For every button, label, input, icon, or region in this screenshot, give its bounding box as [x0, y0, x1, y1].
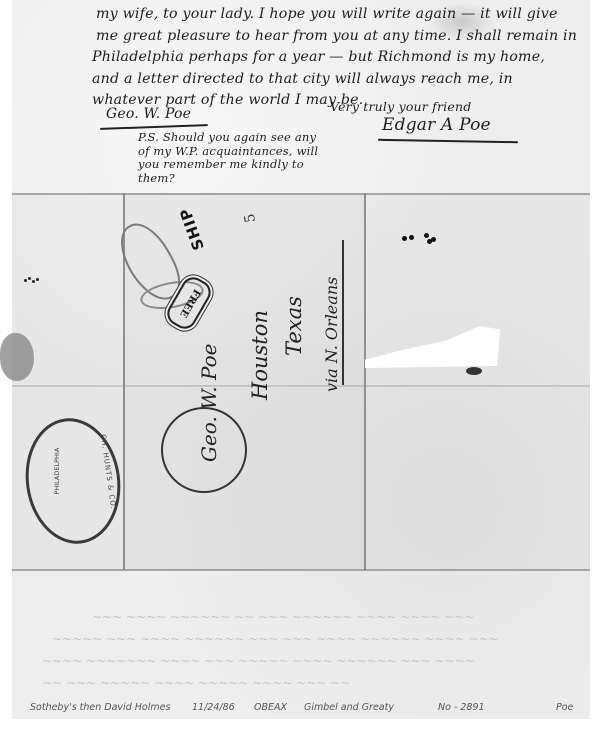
postscript-line: you remember me kindly to	[138, 158, 318, 172]
address-routing: via N. Orleans	[322, 277, 341, 392]
fold-line-bottom	[12, 569, 590, 571]
postscript: P.S. Should you again see any of my W.P.…	[138, 131, 318, 185]
bleed-through-text: ~~~~~ ~~~ ~~~~ ~~~~~~ ~~~ ~~~ ~~~~ ~~~~~…	[52, 632, 499, 646]
reference-note: Gimbel and Greaty	[304, 702, 394, 713]
address-underline	[342, 240, 344, 385]
addressee-note: Geo. W. Poe	[106, 106, 191, 122]
fold-line-right	[364, 193, 366, 570]
free-stamp-text: FREE	[177, 287, 202, 319]
letter-line: and a letter directed to that city will …	[92, 69, 586, 91]
letter-body: my wife, to your lady. I hope you will w…	[96, 4, 586, 112]
ink-spots	[24, 276, 44, 284]
wax-seal-remnant	[0, 333, 34, 381]
address-city: Houston	[248, 310, 272, 400]
ink-blot	[402, 233, 438, 245]
bleed-through-text: ~~~ ~~~~ ~~~~~~ ~~ ~~~ ~~~~~~ ~~~~ ~~~~ …	[92, 610, 474, 624]
letter-line: my wife, to your lady. I hope you will w…	[96, 4, 586, 26]
date-note: 11/24/86	[192, 702, 235, 713]
signature: Edgar A Poe	[382, 115, 491, 135]
right-flap-panel	[365, 193, 590, 570]
bleed-through-text: ~~ ~~~ ~~~~~ ~~~~ ~~~~~ ~~~~ ~~~ ~~	[42, 676, 350, 690]
oval-stamp-text: PHILADELPHIA	[53, 448, 61, 495]
code-note: OBEAX	[254, 702, 287, 713]
postscript-line: of my W.P. acquaintances, will	[138, 145, 318, 159]
bleed-through-text: ~~~~ ~~~~~~~ ~~~~ ~~~ ~~~~~ ~~~~ ~~~~~~ …	[42, 654, 475, 668]
address-state: Texas	[282, 296, 306, 356]
fold-line-top	[12, 193, 590, 195]
provenance-note: Sotheby's then David Holmes	[30, 702, 170, 713]
catalog-number: No - 2891	[438, 702, 485, 713]
fold-line-middle	[12, 385, 590, 387]
letter-line: me great pleasure to hear from you at an…	[96, 26, 586, 48]
postscript-line: them?	[138, 172, 318, 186]
letter-closing: Very truly your friend	[330, 99, 471, 114]
circular-postmark	[161, 407, 247, 493]
wax-seal-fragment	[466, 367, 482, 375]
letter-line: Philadelphia perhaps for a year — but Ri…	[92, 47, 586, 69]
postscript-line: P.S. Should you again see any	[138, 131, 318, 145]
tag-note: Poe	[556, 702, 573, 713]
